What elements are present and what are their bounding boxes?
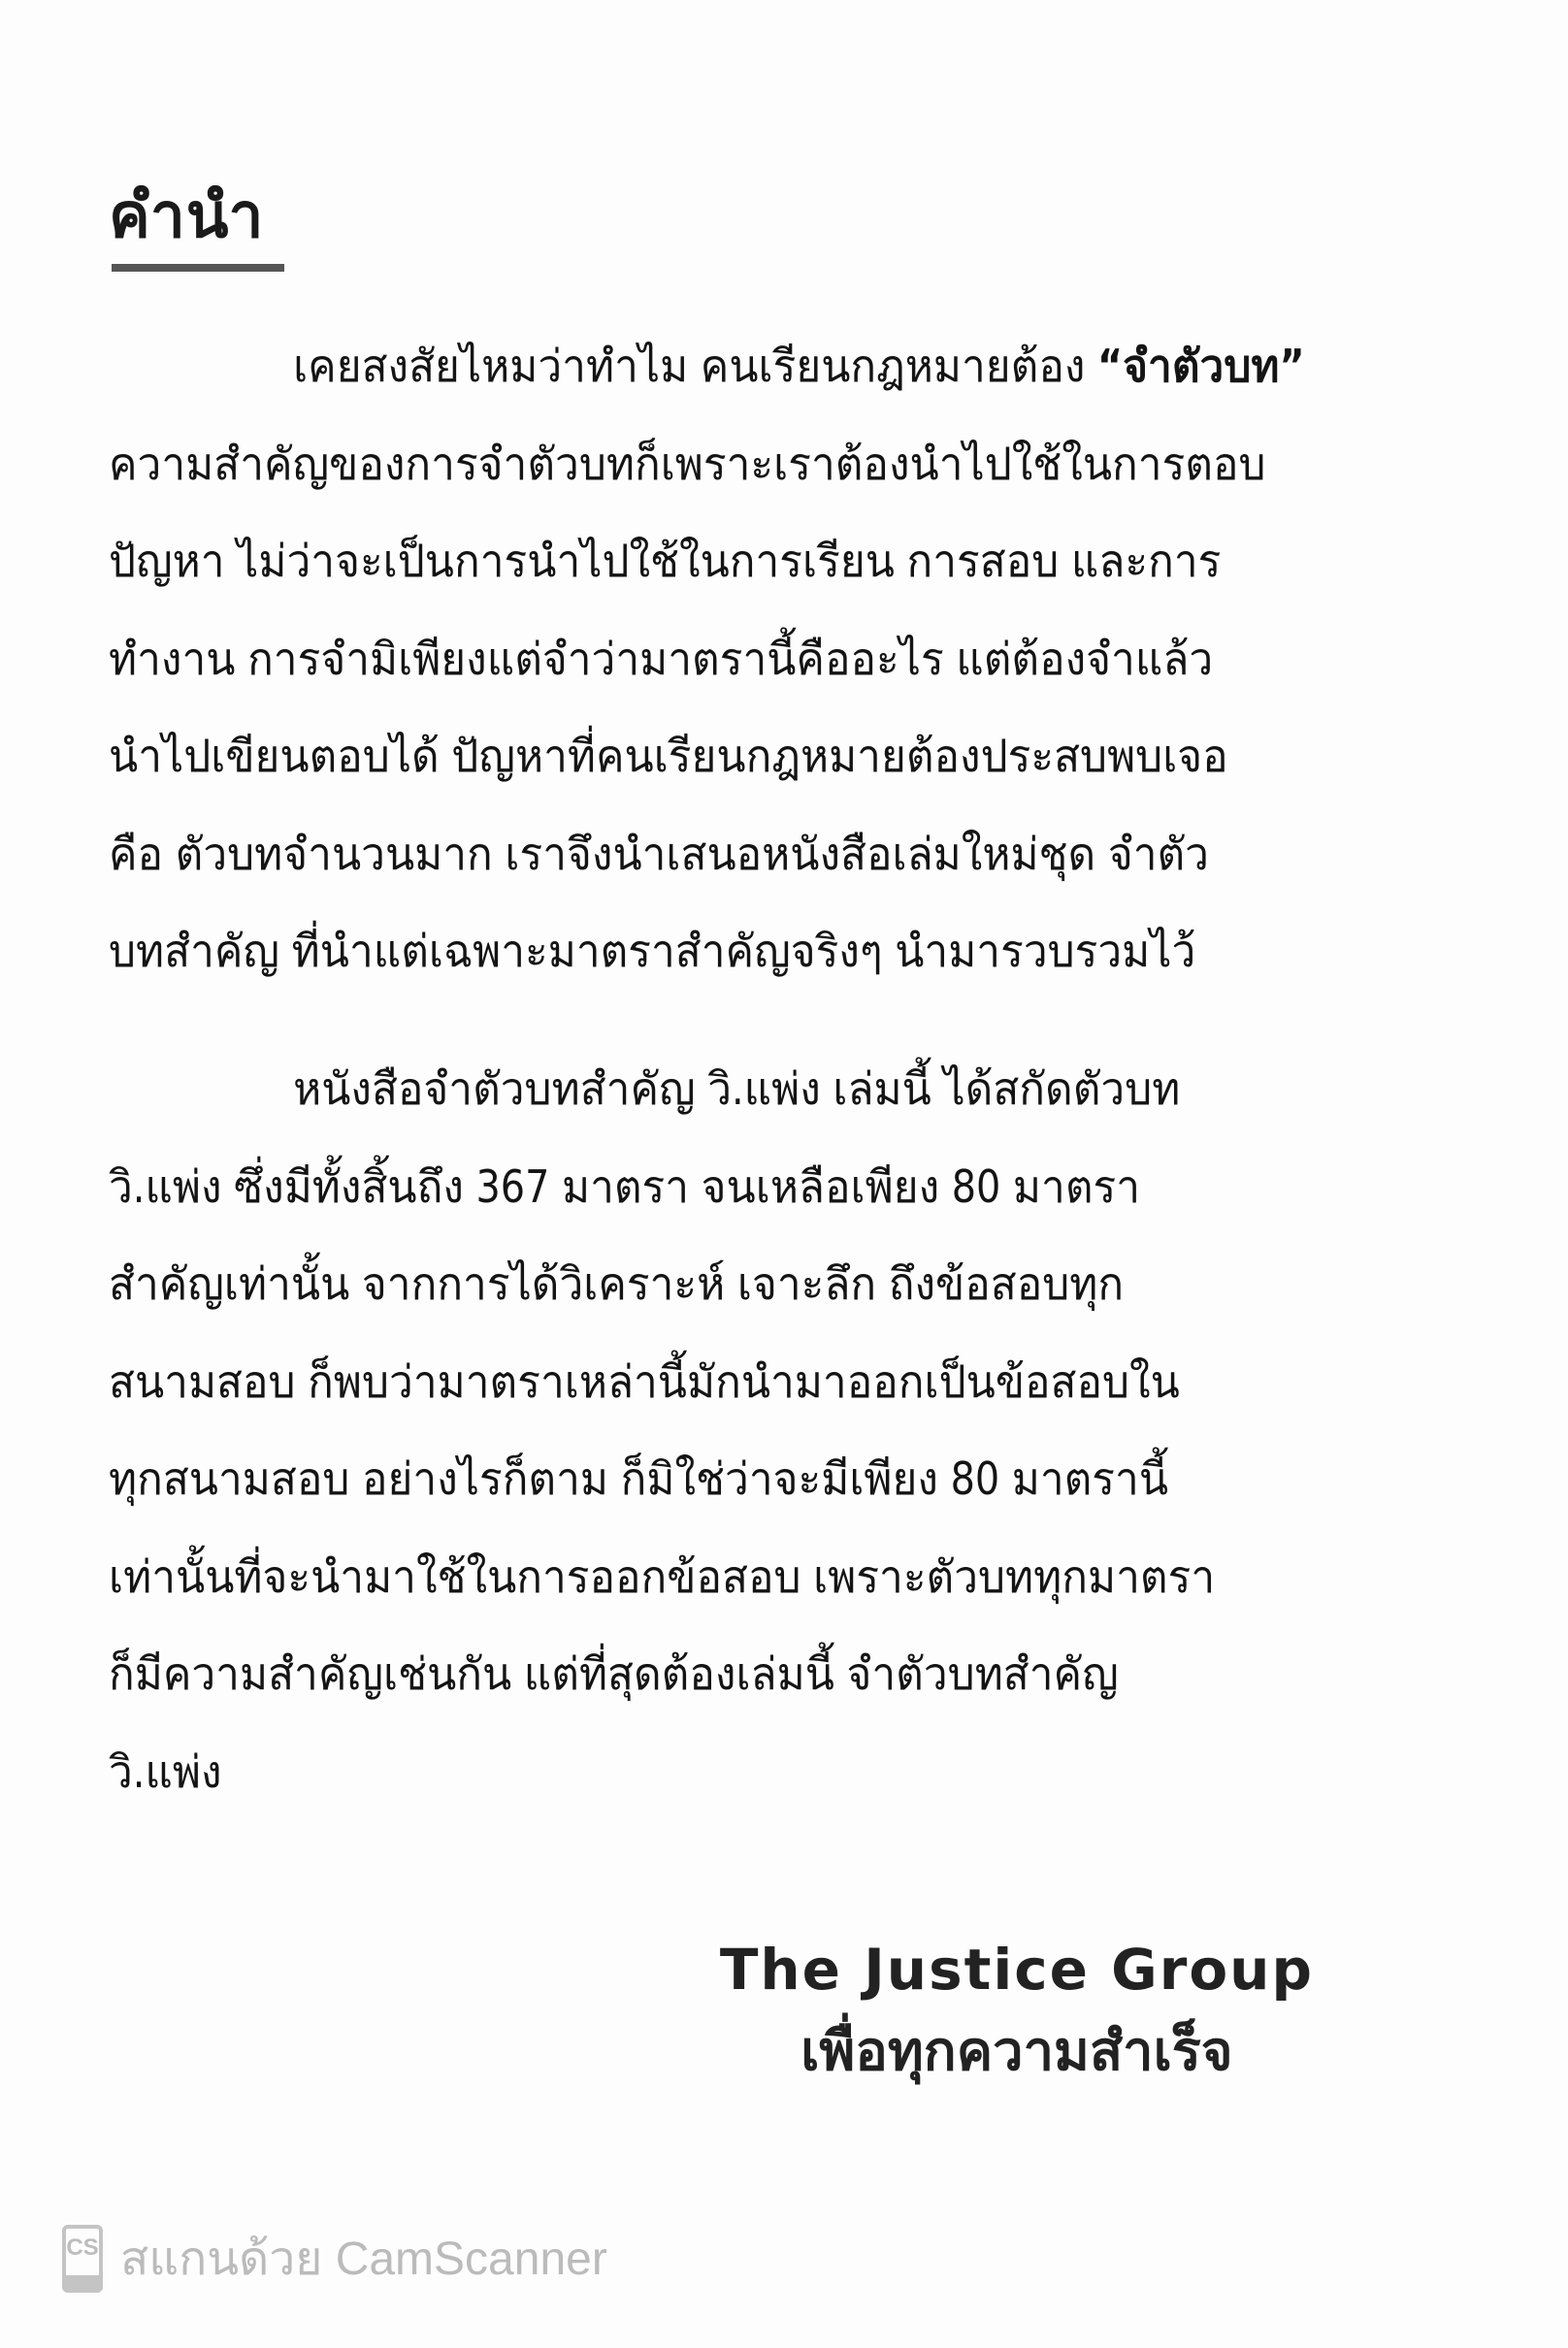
paragraph-line: ปัญหา ไม่ว่าจะเป็นการนำไปใช้ในการเรียน ก…	[109, 512, 1353, 610]
signature-block: The Justice Group เพื่อทุกความสำเร็จ	[720, 1931, 1314, 2096]
page-title: คำนำ	[109, 182, 264, 250]
camscanner-logo-icon: CS	[62, 2225, 103, 2293]
logo-text: CS	[66, 2234, 98, 2262]
paragraph-line: เท่านั้นที่จะนำมาใช้ในการออกข้อสอบ เพราะ…	[109, 1528, 1353, 1626]
line-text: เคยสงสัยไหมว่าทำไม คนเรียนกฎหมายต้อง	[293, 340, 1097, 392]
camscanner-watermark: CS สแกนด้วย CamScanner	[62, 2222, 607, 2296]
title-underline	[112, 264, 284, 272]
document-page: คำนำ เคยสงสัยไหมว่าทำไม คนเรียนกฎหมายต้อ…	[0, 0, 1568, 2348]
signature-tagline: เพื่อทุกความสำเร็จ	[720, 2008, 1314, 2096]
paragraph-line: ทุกสนามสอบ อย่างไรก็ตาม ก็มิใช่ว่าจะมีเพ…	[109, 1430, 1353, 1528]
paragraph-line: บทสำคัญ ที่นำแต่เฉพาะมาตราสำคัญจริงๆ นำม…	[109, 902, 1353, 1000]
paragraph-line: ทำงาน การจำมิเพียงแต่จำว่ามาตรานี้คืออะไ…	[109, 610, 1353, 708]
paragraph-line: วิ.แพ่ง ซึ่งมีทั้งสิ้นถึง 367 มาตรา จนเห…	[109, 1138, 1353, 1236]
paragraph-line: คือ ตัวบทจำนวนมาก เราจึงนำเสนอหนังสือเล่…	[109, 805, 1353, 903]
paragraph-line: นำไปเขียนตอบได้ ปัญหาที่คนเรียนกฎหมายต้อ…	[109, 707, 1353, 805]
paragraph-line: เคยสงสัยไหมว่าทำไม คนเรียนกฎหมายต้อง “จำ…	[109, 317, 1353, 415]
watermark-text: สแกนด้วย CamScanner	[120, 2222, 607, 2296]
paragraph-line: ความสำคัญของการจำตัวบทก็เพราะเราต้องนำไป…	[109, 415, 1353, 513]
paragraph-2: หนังสือจำตัวบทสำคัญ วิ.แพ่ง เล่มนี้ ได้ส…	[109, 1040, 1353, 1820]
paragraph-line: วิ.แพ่ง	[109, 1723, 1353, 1821]
emphasis-text: “จำตัวบท”	[1097, 340, 1305, 392]
signature-org: The Justice Group	[720, 1931, 1314, 2008]
paragraph-line: หนังสือจำตัวบทสำคัญ วิ.แพ่ง เล่มนี้ ได้ส…	[109, 1040, 1353, 1138]
paragraph-line: ก็มีความสำคัญเช่นกัน แต่ที่สุดต้องเล่มนี…	[109, 1625, 1353, 1723]
paragraph-line: สำคัญเท่านั้น จากการได้วิเคราะห์ เจาะลึก…	[109, 1235, 1353, 1333]
paragraph-1: เคยสงสัยไหมว่าทำไม คนเรียนกฎหมายต้อง “จำ…	[109, 317, 1353, 1000]
paragraph-line: สนามสอบ ก็พบว่ามาตราเหล่านี้มักนำมาออกเป…	[109, 1333, 1353, 1431]
